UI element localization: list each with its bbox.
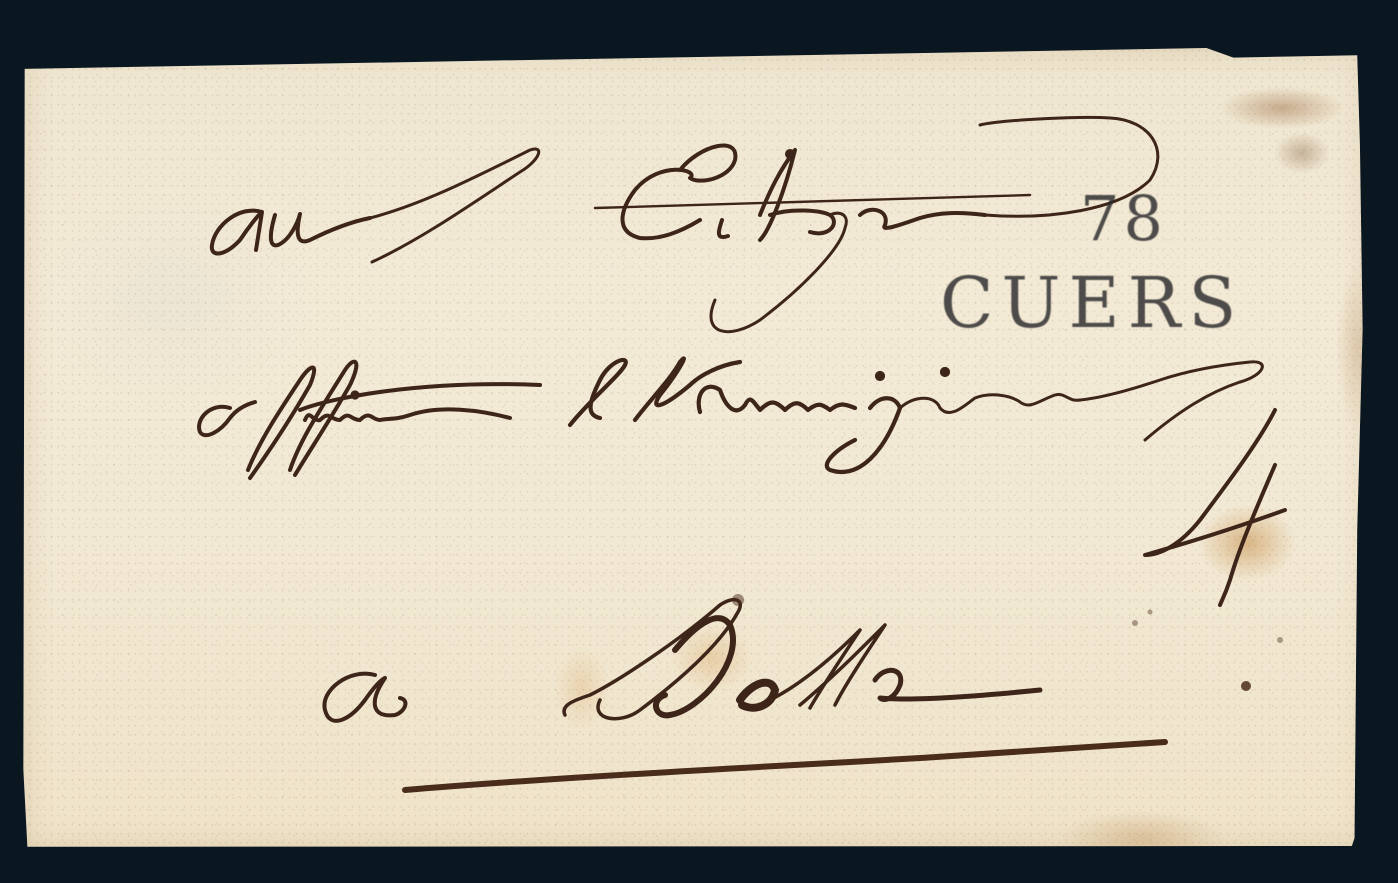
address-line1-prefix: au: [0, 0, 1, 1]
address-transcription: au Citoyens officier Municipaux a Besse …: [0, 0, 1, 1]
postmark-department-number: 78: [1080, 188, 1167, 250]
letter-cover: [22, 48, 1368, 850]
paper-texture: [22, 48, 1368, 850]
photo-stage: 78 CUERS au Citoyens officier Municipaux…: [0, 0, 1398, 883]
postmark-town: CUERS: [940, 268, 1244, 338]
